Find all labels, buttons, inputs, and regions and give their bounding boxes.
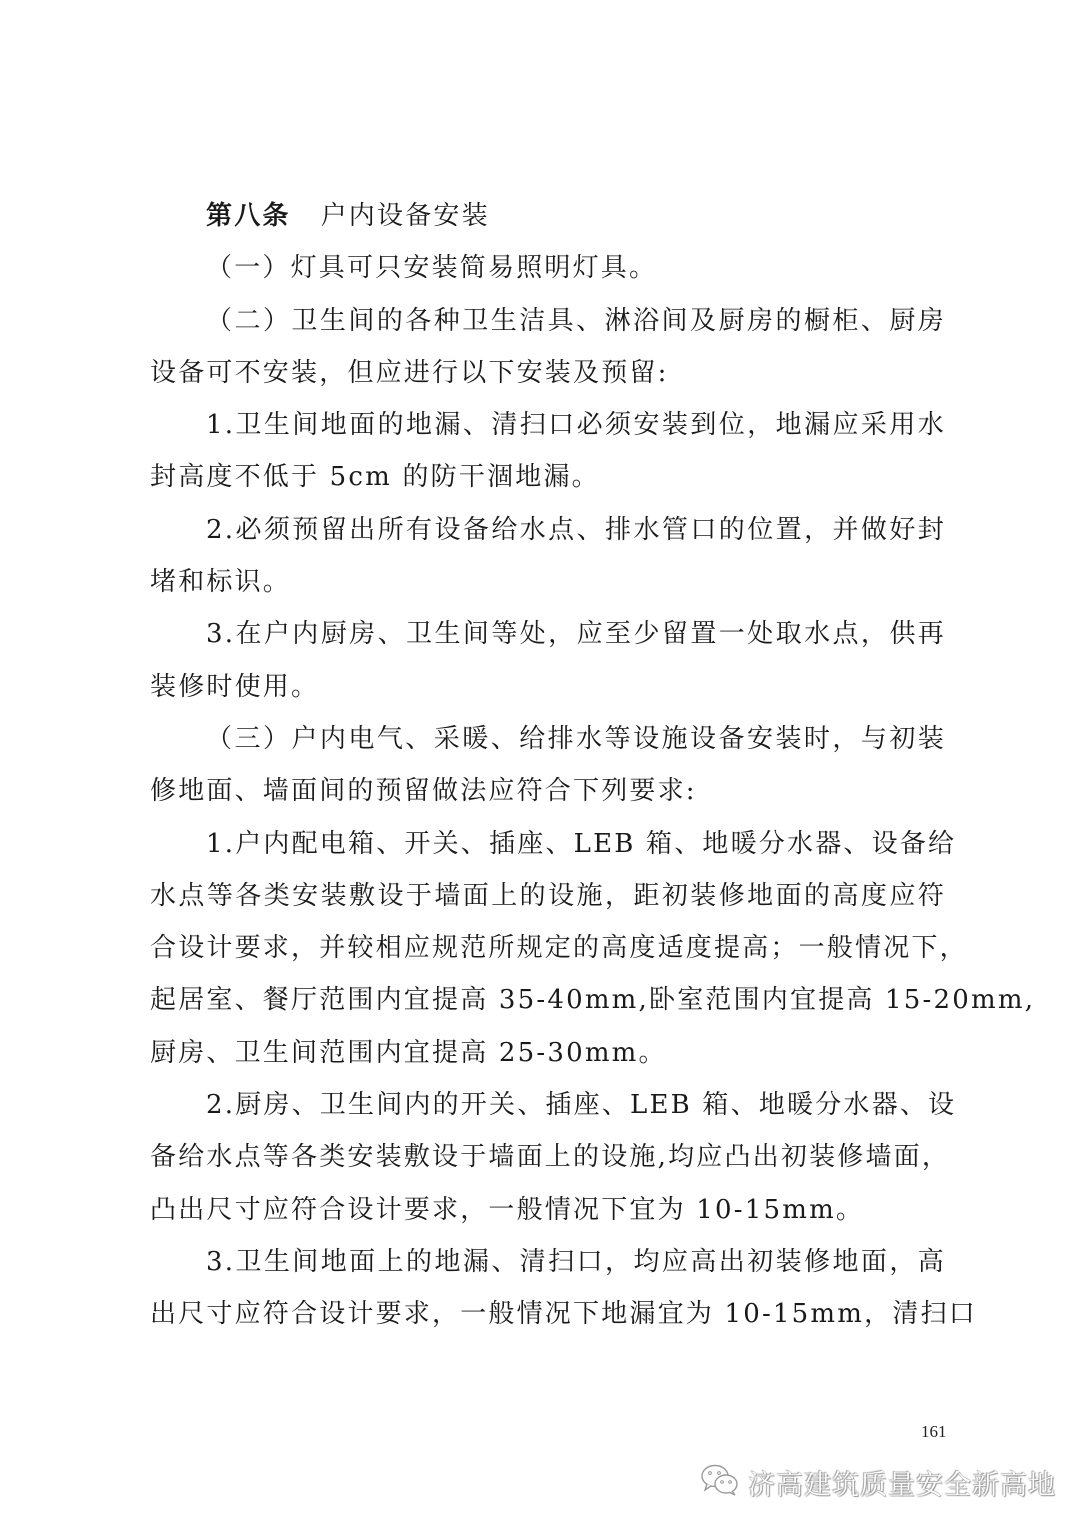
paragraph-line: 修地面、墙面间的预留做法应符合下列要求: (150, 765, 946, 817)
article-heading: 第八条户内设备安装 (150, 190, 946, 242)
paragraph-line: 厨房、卫生间范围内宜提高 25-30mm。 (150, 1027, 946, 1079)
paragraph-line: 凸出尺寸应符合设计要求，一般情况下宜为 10-15mm。 (150, 1184, 946, 1236)
paragraph-line: 封高度不低于 5cm 的防干涸地漏。 (150, 451, 946, 503)
paragraph-line: 1.卫生间地面的地漏、清扫口必须安装到位，地漏应采用水 (150, 399, 946, 451)
paragraph-line: 备给水点等各类安装敷设于墙面上的设施,均应凸出初装修墙面， (150, 1131, 946, 1183)
article-number: 第八条 (206, 201, 291, 231)
paragraph-line: 出尺寸应符合设计要求，一般情况下地漏宜为 10-15mm，清扫口 (150, 1288, 946, 1340)
paragraph-line: 装修时使用。 (150, 661, 946, 713)
watermark-text: 济高建筑质量安全新高地 (748, 1463, 1056, 1502)
paragraph-line: 设备可不安装，但应进行以下安装及预留: (150, 347, 946, 399)
watermark: 济高建筑质量安全新高地 (700, 1462, 1056, 1502)
paragraph-line: 起居室、餐厅范围内宜提高 35-40mm,卧室范围内宜提高 15-20mm, (150, 974, 946, 1026)
paragraph-line: （一）灯具可只安装简易照明灯具。 (150, 242, 946, 294)
paragraph-line: 2.厨房、卫生间内的开关、插座、LEB 箱、地暖分水器、设 (150, 1079, 946, 1131)
paragraph-line: 2.必须预留出所有设备给水点、排水管口的位置，并做好封 (150, 504, 946, 556)
paragraph-line: 3.在户内厨房、卫生间等处，应至少留置一处取水点，供再 (150, 608, 946, 660)
paragraph-line: 3.卫生间地面上的地漏、清扫口，均应高出初装修地面，高 (150, 1236, 946, 1288)
paragraph-line: 合设计要求，并较相应规范所规定的高度适度提高；一般情况下， (150, 922, 946, 974)
document-page: 第八条户内设备安装 （一）灯具可只安装简易照明灯具。 （二）卫生间的各种卫生洁具… (0, 0, 1080, 1527)
page-number: 161 (921, 1422, 947, 1442)
article-title: 户内设备安装 (321, 201, 490, 231)
paragraph-line: 水点等各类安装敷设于墙面上的设施，距初装修地面的高度应符 (150, 870, 946, 922)
paragraph-line: 堵和标识。 (150, 556, 946, 608)
wechat-icon (700, 1463, 740, 1501)
paragraph-line: 1.户内配电箱、开关、插座、LEB 箱、地暖分水器、设备给 (150, 818, 946, 870)
document-body: 第八条户内设备安装 （一）灯具可只安装简易照明灯具。 （二）卫生间的各种卫生洁具… (150, 190, 946, 1341)
paragraph-line: （三）户内电气、采暖、给排水等设施设备安装时，与初装 (150, 713, 946, 765)
paragraph-line: （二）卫生间的各种卫生洁具、淋浴间及厨房的橱柜、厨房 (150, 295, 946, 347)
